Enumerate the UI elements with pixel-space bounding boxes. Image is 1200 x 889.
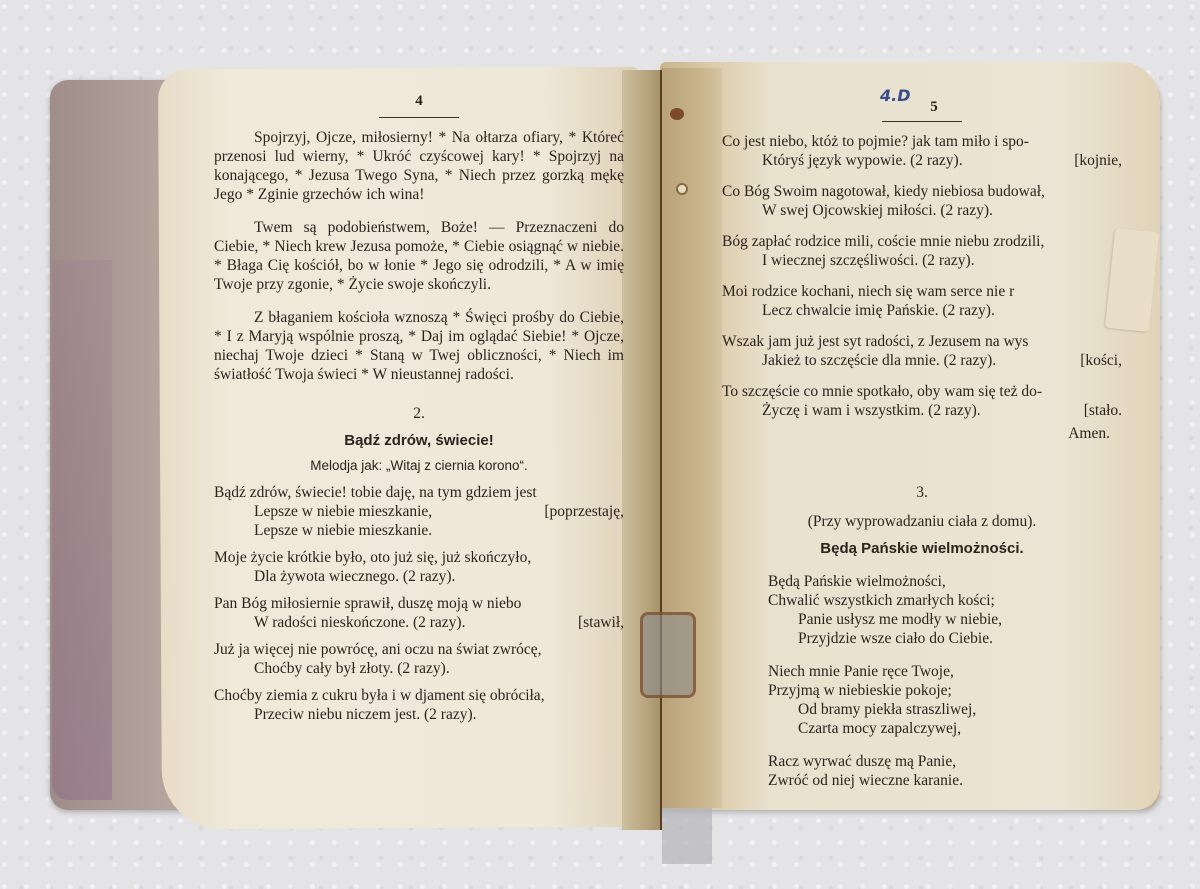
stanza-line: Któryś język wypowie. (2 razy). xyxy=(722,151,1122,170)
page-number: 4 xyxy=(214,92,624,111)
line-continuation: [kojnie, xyxy=(1074,151,1122,170)
line-continuation: [stawił, xyxy=(578,613,624,632)
stanza-line: Od bramy piekła straszliwej, xyxy=(768,700,1122,719)
stanza-line: To szczęście co mnie spotkało, oby wam s… xyxy=(722,382,1122,401)
stanza: Wszak jam już jest syt radości, z Jezuse… xyxy=(722,332,1122,370)
stanza-line: Co Bóg Swoim nagotował, kiedy niebiosa b… xyxy=(722,182,1122,201)
hymn-number: 3. xyxy=(722,483,1122,502)
stanza-line: Bóg zapłać rodzice mili, coście mnie nie… xyxy=(722,232,1122,251)
stanza: Będą Pańskie wielmożności, Chwalić wszys… xyxy=(722,572,1122,648)
stanza: Bóg zapłać rodzice mili, coście mnie nie… xyxy=(722,232,1122,270)
divider xyxy=(882,121,962,122)
stanza: Bądź zdrów, świecie! tobie daję, na tym … xyxy=(214,483,624,540)
stanza-line: Czarta mocy zapalczywej, xyxy=(768,719,1122,738)
stanza: Niech mnie Panie ręce Twoje, Przyjmą w n… xyxy=(722,662,1122,738)
line-continuation: [stało. xyxy=(1084,401,1122,420)
stanza: Racz wyrwać duszę mą Panie, Zwróć od nie… xyxy=(722,752,1122,790)
spine-left-strip xyxy=(622,70,662,830)
stanza: Co Bóg Swoim nagotował, kiedy niebiosa b… xyxy=(722,182,1122,220)
stanza-line: Panie usłysz me modły w niebie, xyxy=(768,610,1122,629)
stanza-line: Dla żywota wiecznego. (2 razy). xyxy=(214,567,624,586)
stanza: Moi rodzice kochani, niech się wam serce… xyxy=(722,282,1122,320)
stanza-line: Przeciw niebu niczem jest. (2 razy). xyxy=(214,705,624,724)
stanza-line: Przyjdzie wsze ciało do Ciebie. xyxy=(768,629,1122,648)
divider xyxy=(379,117,459,118)
stanza-line: Będą Pańskie wielmożności, xyxy=(768,572,1122,591)
hymn-melody: Melodja jak: „Witaj z ciernia korono“. xyxy=(214,456,624,475)
stanza: Choćby ziemia z cukru była i w djament s… xyxy=(214,686,624,724)
staple-hole xyxy=(670,108,684,120)
stanza-line: Moje życie krótkie było, oto już się, ju… xyxy=(214,548,624,567)
stanza-line: Choćby cały był złoty. (2 razy). xyxy=(214,659,624,678)
spine-fold xyxy=(660,70,662,830)
staple-hole xyxy=(676,183,688,195)
stanza-line: Niech mnie Panie ręce Twoje, xyxy=(768,662,1122,681)
stanza: Co jest niebo, któż to pojmie? jak tam m… xyxy=(722,132,1122,170)
stanza-line: Już ja więcej nie powrócę, ani oczu na ś… xyxy=(214,640,624,659)
stanza-line: Wszak jam już jest syt radości, z Jezuse… xyxy=(722,332,1122,351)
handwritten-note: 4.D xyxy=(880,86,911,105)
stanza-line: Lepsze w niebie mieszkanie. xyxy=(214,521,624,540)
stanza-line: Zwróć od niej wieczne karanie. xyxy=(768,771,1122,790)
line-continuation: [kości, xyxy=(1080,351,1122,370)
stanza: Pan Bóg miłosiernie sprawił, duszę moją … xyxy=(214,594,624,632)
stanza-line: Lecz chwalcie imię Pańskie. (2 razy). xyxy=(722,301,1122,320)
stanza-line: Moi rodzice kochani, niech się wam serce… xyxy=(722,282,1122,301)
stanza-line: I wiecznej szczęśliwości. (2 razy). xyxy=(722,251,1122,270)
hymn-subtitle: (Przy wyprowadzaniu ciała z domu). xyxy=(722,512,1122,531)
paragraph: Spojrzyj, Ojcze, miłosierny! * Na ołtarz… xyxy=(214,128,624,204)
tape-strip xyxy=(662,808,712,864)
stanza-line: Racz wyrwać duszę mą Panie, xyxy=(768,752,1122,771)
right-page-text: 4.D 5 Co jest niebo, któż to pojmie? jak… xyxy=(722,92,1122,804)
line-continuation: [poprzestaję, xyxy=(544,502,624,521)
stanza: Już ja więcej nie powrócę, ani oczu na ś… xyxy=(214,640,624,678)
stanza-line: Choćby ziemia z cukru była i w djament s… xyxy=(214,686,624,705)
page-number: 5 xyxy=(930,99,938,115)
left-page-text: 4 Spojrzyj, Ojcze, miłosierny! * Na ołta… xyxy=(214,92,624,732)
stanza-line: Chwalić wszystkich zmarłych kości; xyxy=(768,591,1122,610)
stanza-line: Pan Bóg miłosiernie sprawił, duszę moją … xyxy=(214,594,624,613)
stanza-line: Przyjmą w niebieskie pokoje; xyxy=(768,681,1122,700)
hymn-title: Będą Pańskie wielmożności. xyxy=(722,539,1122,558)
rusted-staple xyxy=(640,612,696,698)
cover-stain xyxy=(52,260,112,800)
stanza-line: Co jest niebo, któż to pojmie? jak tam m… xyxy=(722,132,1122,151)
stanza: To szczęście co mnie spotkało, oby wam s… xyxy=(722,382,1122,420)
paragraph: Z błaganiem kościoła wznoszą * Święci pr… xyxy=(214,308,624,384)
stanza-line: Jakież to szczęście dla mnie. (2 razy). xyxy=(722,351,1122,370)
hymn-title: Bądź zdrów, świecie! xyxy=(214,431,624,450)
stanza-line: W swej Ojcowskiej miłości. (2 razy). xyxy=(722,201,1122,220)
hymn-number: 2. xyxy=(214,404,624,423)
page-number-wrap: 4.D 5 xyxy=(722,92,1122,111)
stanza: Moje życie krótkie było, oto już się, ju… xyxy=(214,548,624,586)
stanza-line: Bądź zdrów, świecie! tobie daję, na tym … xyxy=(214,483,624,502)
stanza-line: W radości nieskończone. (2 razy). xyxy=(214,613,624,632)
amen: Amen. xyxy=(722,424,1122,443)
paragraph: Twem są podobieństwem, Boże! — Przeznacz… xyxy=(214,218,624,294)
stanza-line: Życzę i wam i wszystkim. (2 razy). xyxy=(722,401,1122,420)
